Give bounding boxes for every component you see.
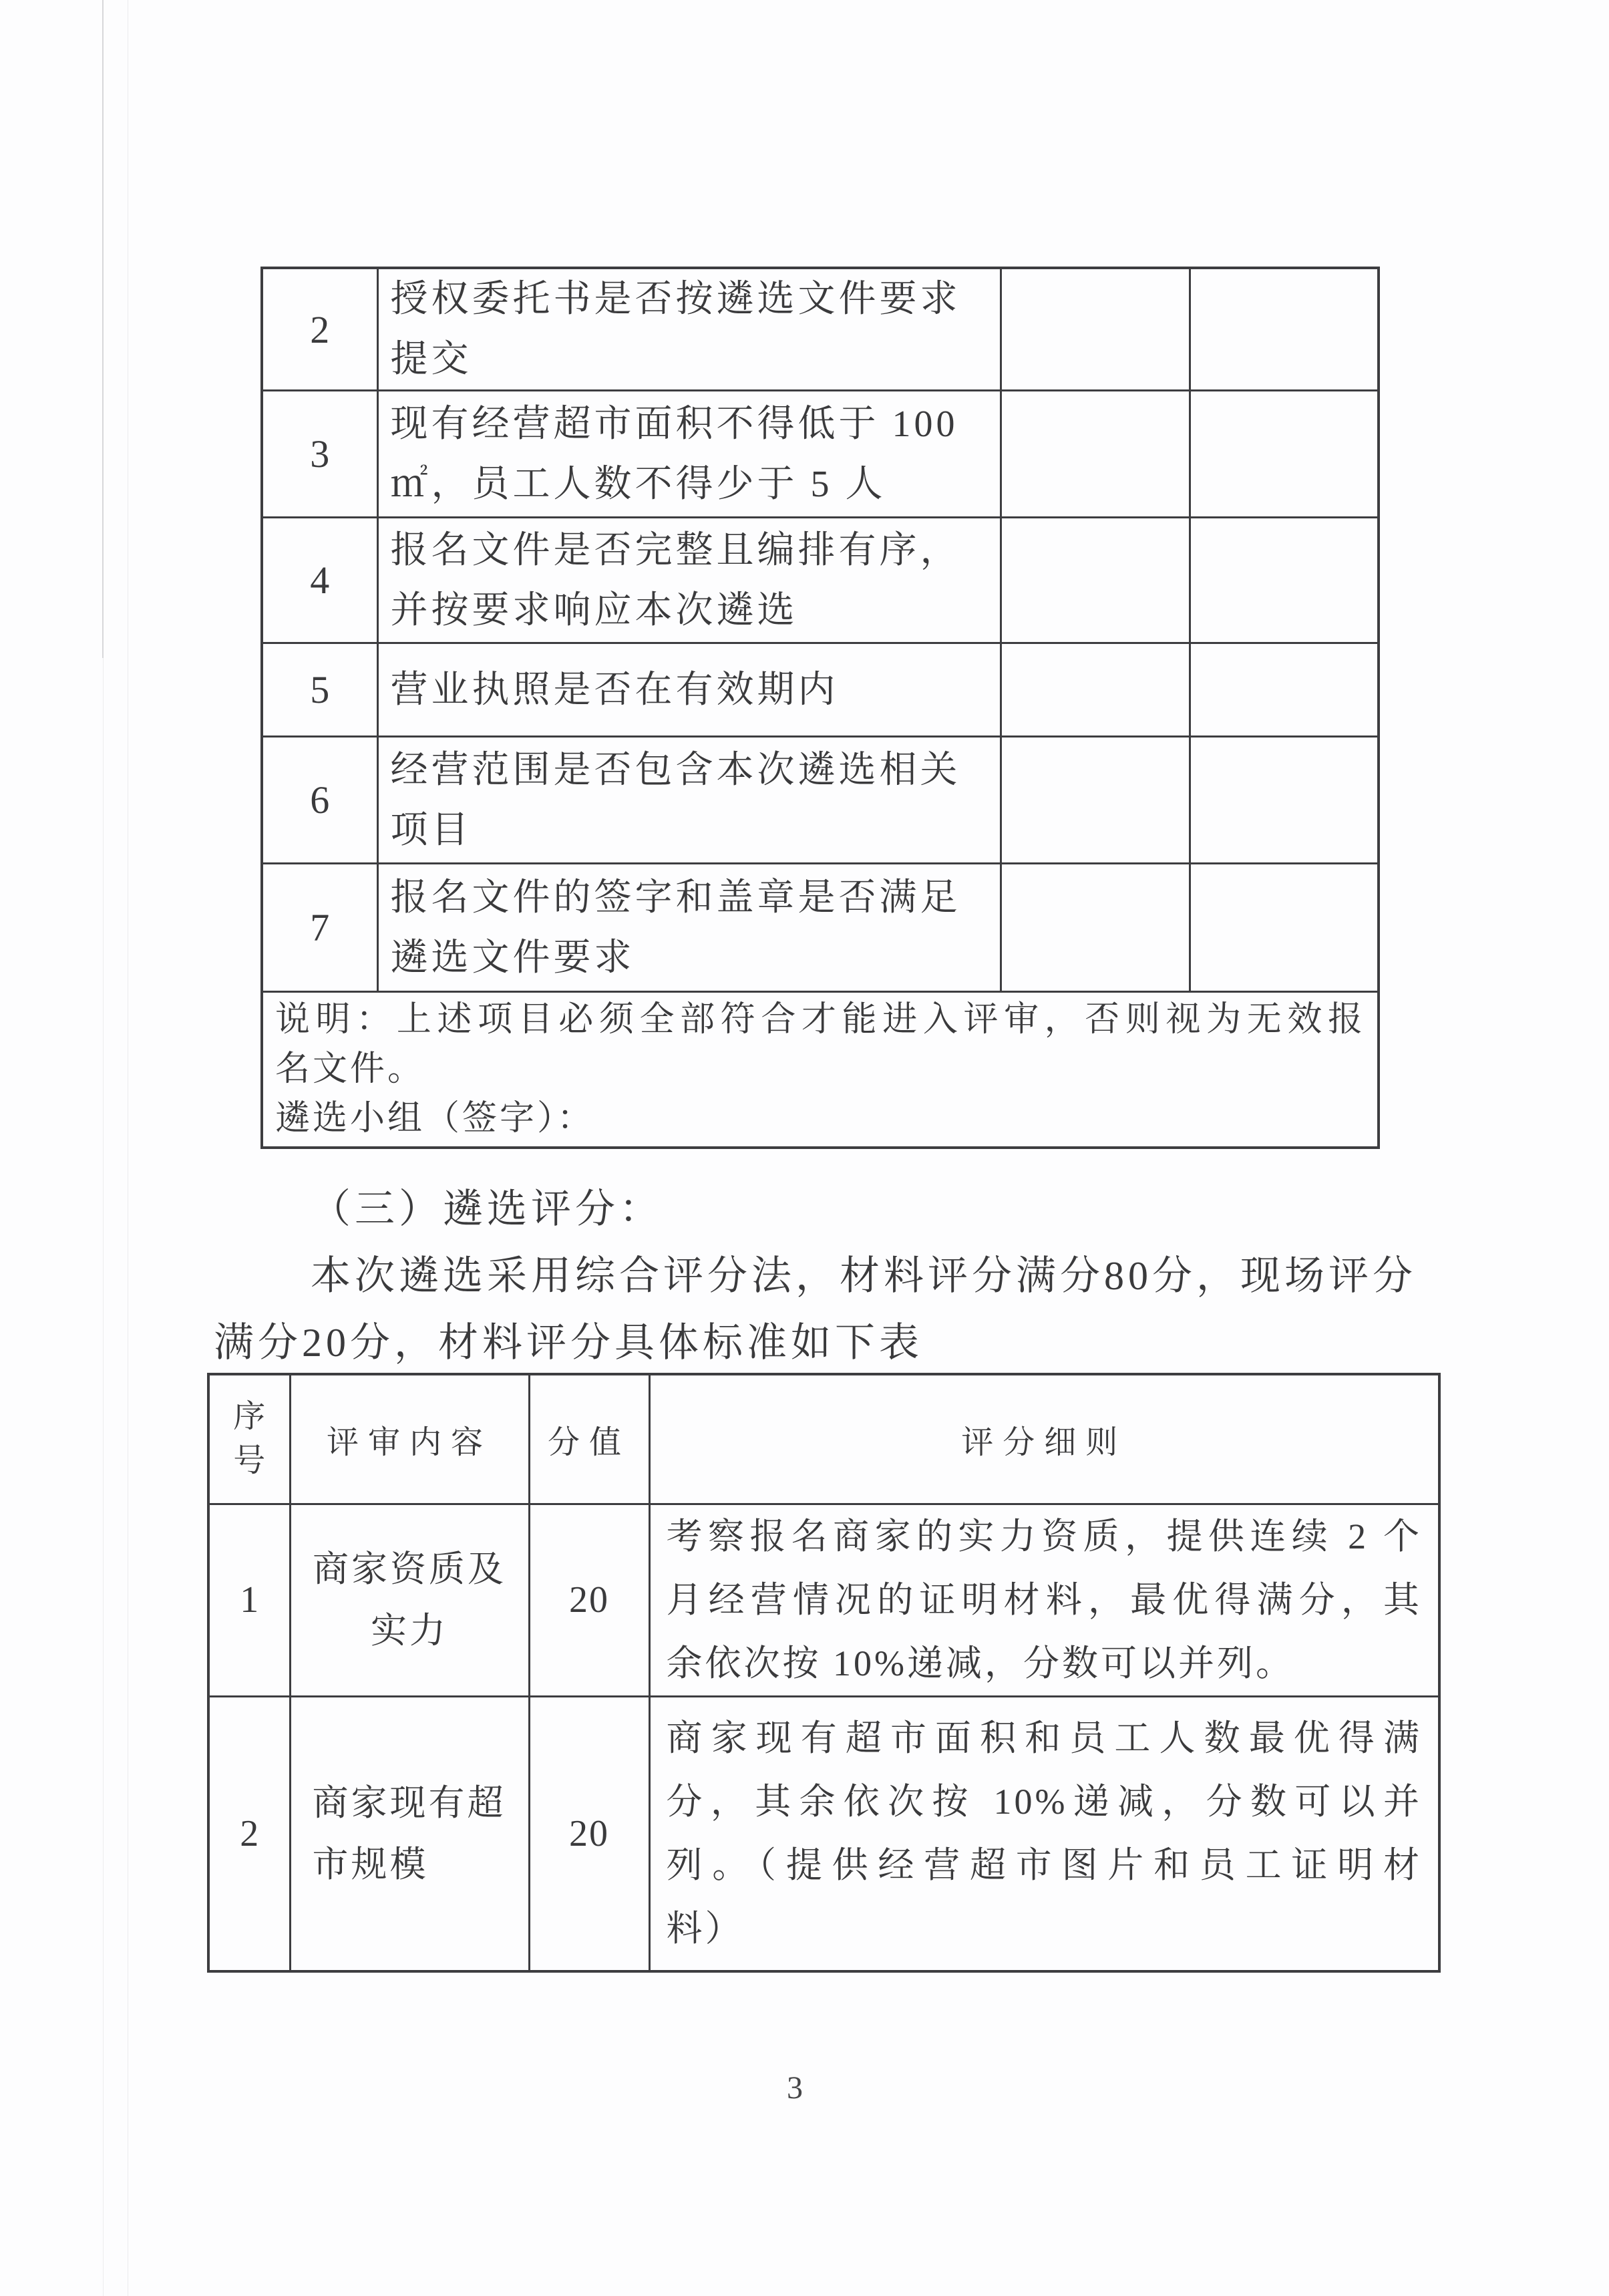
table-row: 2 商家现有超 市规模 20 商家现有超市面积和员工人数最优得满 分，其余依次按…: [208, 1696, 1439, 1971]
detail-line: 料）: [667, 1897, 1423, 1961]
review-content-cell: 商家资质及 实力: [290, 1504, 529, 1696]
signature-label: 遴选小组（签字）：: [275, 1094, 1365, 1144]
header-row: 序号 评审内容 分值 评分细则: [208, 1374, 1439, 1504]
table-row: 2 授权委托书是否按遴选文件要求 提交: [262, 268, 1379, 391]
row-number: 5: [262, 643, 377, 737]
page-number: 3: [0, 2070, 1590, 2106]
scanned-document-page: 2 授权委托书是否按遴选文件要求 提交 3 现有经营超市面积不得低于 100 ㎡…: [0, 0, 1609, 2296]
header-detail-text: 评分细则: [961, 1425, 1127, 1460]
row-number: 7: [262, 864, 377, 992]
content-line: 营业执照是否在有效期内: [391, 660, 988, 720]
check-cell-empty: [1190, 737, 1379, 864]
paragraph-line: 本次遴选采用综合评分法，材料评分满分80分，现场评分: [214, 1243, 1391, 1309]
row-number: 2: [208, 1696, 290, 1971]
note-line: 名文件。: [275, 1045, 1365, 1094]
check-cell-empty: [1001, 737, 1190, 864]
detail-line: 余依次按 10%递减，分数可以并列。: [667, 1632, 1423, 1695]
check-cell-empty: [1001, 518, 1190, 643]
note-row: 说明：上述项目必须全部符合才能进入评审，否则视为无效报 名文件。 遴选小组（签字…: [262, 992, 1379, 1148]
row-number: 3: [262, 391, 377, 518]
row-number: 1: [208, 1504, 290, 1696]
note-line: 说明：上述项目必须全部符合才能进入评审，否则视为无效报: [275, 995, 1365, 1045]
header-no-text: 序号: [230, 1395, 268, 1483]
table-row: 6 经营范围是否包含本次遴选相关 项目: [262, 737, 1379, 864]
score-value: 20: [529, 1504, 649, 1696]
row-content: 报名文件的签字和盖章是否满足 遴选文件要求: [377, 864, 1001, 992]
content-line: 实力: [291, 1600, 528, 1661]
row-content: 报名文件是否完整且编排有序， 并按要求响应本次遴选: [377, 518, 1001, 643]
table-row: 5 营业执照是否在有效期内: [262, 643, 1379, 737]
content-line: 项目: [391, 800, 988, 860]
header-score-text: 分值: [548, 1425, 631, 1460]
table-row: 7 报名文件的签字和盖章是否满足 遴选文件要求: [262, 864, 1379, 992]
check-cell-empty: [1001, 268, 1190, 391]
row-content: 营业执照是否在有效期内: [377, 643, 1001, 737]
section-heading: （三）遴选评分：: [214, 1176, 1391, 1243]
content-line: 报名文件的签字和盖章是否满足: [391, 868, 988, 928]
header-score: 分值: [529, 1374, 649, 1504]
qualification-check-table: 2 授权委托书是否按遴选文件要求 提交 3 现有经营超市面积不得低于 100 ㎡…: [260, 267, 1380, 1149]
header-content-text: 评审内容: [327, 1425, 492, 1460]
detail-line: 列。（提供经营超市图片和员工证明材: [667, 1834, 1423, 1897]
score-value: 20: [529, 1696, 649, 1971]
header-detail: 评分细则: [649, 1374, 1439, 1504]
content-line: ㎡，员工人数不得少于 5 人: [391, 454, 988, 514]
content-line: 经营范围是否包含本次遴选相关: [391, 740, 988, 800]
check-cell-empty: [1190, 864, 1379, 992]
check-cell-empty: [1190, 391, 1379, 518]
table-row: 1 商家资质及 实力 20 考察报名商家的实力资质，提供连续 2 个 月经营情况…: [208, 1504, 1439, 1696]
row-number: 6: [262, 737, 377, 864]
content-line: 提交: [391, 329, 988, 389]
table-row: 3 现有经营超市面积不得低于 100 ㎡，员工人数不得少于 5 人: [262, 391, 1379, 518]
scan-fold-line-lower: [103, 658, 104, 2296]
detail-line: 分，其余依次按 10%递减，分数可以并: [667, 1770, 1423, 1834]
review-content-cell: 商家现有超 市规模: [290, 1696, 529, 1971]
row-content: 经营范围是否包含本次遴选相关 项目: [377, 737, 1001, 864]
detail-line: 考察报名商家的实力资质，提供连续 2 个: [667, 1505, 1423, 1569]
check-cell-empty: [1001, 864, 1190, 992]
row-number: 4: [262, 518, 377, 643]
check-cell-empty: [1190, 268, 1379, 391]
note-cell: 说明：上述项目必须全部符合才能进入评审，否则视为无效报 名文件。 遴选小组（签字…: [262, 992, 1379, 1148]
content-line: 遴选文件要求: [391, 928, 988, 988]
content-line: 市规模: [313, 1834, 528, 1895]
content-line: 商家现有超: [313, 1772, 528, 1834]
detail-line: 月经营情况的证明材料，最优得满分，其: [667, 1569, 1423, 1632]
check-cell-empty: [1190, 518, 1379, 643]
scan-fold-line-2: [128, 0, 128, 2296]
scoring-detail-cell: 考察报名商家的实力资质，提供连续 2 个 月经营情况的证明材料，最优得满分，其 …: [649, 1504, 1439, 1696]
content-line: 商家资质及: [291, 1538, 528, 1600]
paragraph-line: 满分20分，材料评分具体标准如下表: [214, 1309, 1391, 1376]
detail-line: 商家现有超市面积和员工人数最优得满: [667, 1707, 1423, 1770]
row-content: 授权委托书是否按遴选文件要求 提交: [377, 268, 1001, 391]
header-no: 序号: [208, 1374, 290, 1504]
header-content: 评审内容: [290, 1374, 529, 1504]
content-line: 现有经营超市面积不得低于 100: [391, 394, 988, 454]
content-line: 授权委托书是否按遴选文件要求: [391, 269, 988, 329]
check-cell-empty: [1001, 643, 1190, 737]
content-line: 报名文件是否完整且编排有序，: [391, 520, 988, 581]
table-row: 4 报名文件是否完整且编排有序， 并按要求响应本次遴选: [262, 518, 1379, 643]
content-line: 并按要求响应本次遴选: [391, 581, 988, 641]
scan-fold-line: [102, 0, 104, 658]
scoring-detail-cell: 商家现有超市面积和员工人数最优得满 分，其余依次按 10%递减，分数可以并 列。…: [649, 1696, 1439, 1971]
check-cell-empty: [1001, 391, 1190, 518]
scoring-section-intro: （三）遴选评分： 本次遴选采用综合评分法，材料评分满分80分，现场评分 满分20…: [214, 1176, 1391, 1376]
row-content: 现有经营超市面积不得低于 100 ㎡，员工人数不得少于 5 人: [377, 391, 1001, 518]
scoring-criteria-table: 序号 评审内容 分值 评分细则 1 商家资质及 实力 20: [207, 1373, 1441, 1973]
check-cell-empty: [1190, 643, 1379, 737]
row-number: 2: [262, 268, 377, 391]
